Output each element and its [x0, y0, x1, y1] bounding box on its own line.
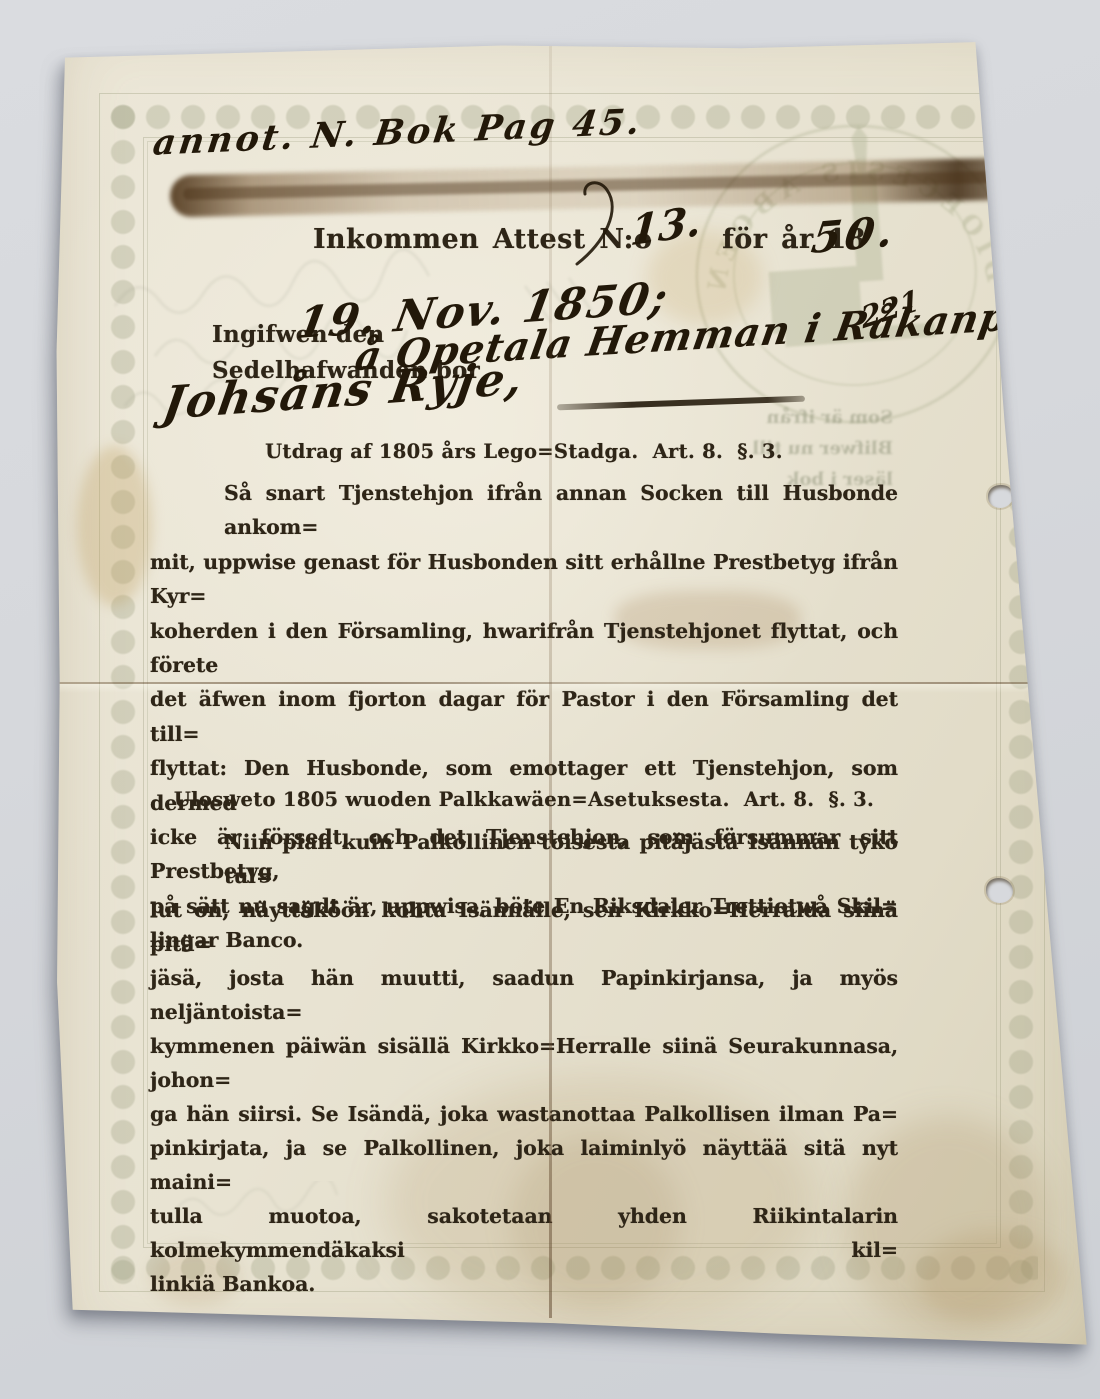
photo-backdrop: DIOECESIS ABOENSIS Som är ifrån Blifwe: [0, 0, 1100, 1399]
horizontal-fold-crease: [55, 682, 1095, 684]
statute-line: pinkirjata, ja se Palkollinen, joka laim…: [150, 1131, 898, 1199]
document-paper: DIOECESIS ABOENSIS Som är ifrån Blifwe: [55, 16, 1095, 1358]
statute-line: kymmenen päiwän sisällä Kirkko=Herralle …: [150, 1029, 898, 1097]
statute-line: ga hän siirsi. Se Isändä, joka wastanott…: [150, 1097, 898, 1131]
pen-flourish: [571, 176, 627, 268]
statute-line: linkiä Bankoa.: [150, 1267, 898, 1301]
statute-line: lut on, näyttäköön kohta Isännälle, sen …: [150, 893, 898, 961]
statute-line: Niin pian kuin Palkollinen toisesta pitä…: [150, 825, 898, 893]
punch-hole-bottom: [986, 878, 1013, 903]
paper-shadow-wrap: DIOECESIS ABOENSIS Som är ifrån Blifwe: [0, 0, 1100, 1399]
vertical-fold-crease: [549, 44, 552, 1318]
handwritten-year: 50.: [808, 206, 901, 263]
finnish-statute-paragraph: Niin pian kuin Palkollinen toisesta pitä…: [150, 825, 898, 1301]
ghost-line: Som är ifrån: [643, 402, 893, 433]
swedish-statute-heading: Utdrag af 1805 års Lego=Stadga. Art. 8. …: [150, 440, 898, 463]
statute-line: mit, uppwise genast för Husbonden sitt e…: [150, 545, 898, 614]
finnish-statute-heading: Ulosweto 1805 wuoden Palkkawäen=Asetukse…: [150, 788, 898, 811]
statute-line: tulla muotoa, sakotetaan yhden Riikintal…: [150, 1199, 898, 1267]
statute-line: koherden i den Församling, hwarifrån Tje…: [150, 614, 898, 683]
statute-line: Så snart Tjenstehjon ifrån annan Socken …: [150, 476, 898, 545]
statute-line: jäsä, josta hän muutti, saadun Papinkirj…: [150, 961, 898, 1029]
